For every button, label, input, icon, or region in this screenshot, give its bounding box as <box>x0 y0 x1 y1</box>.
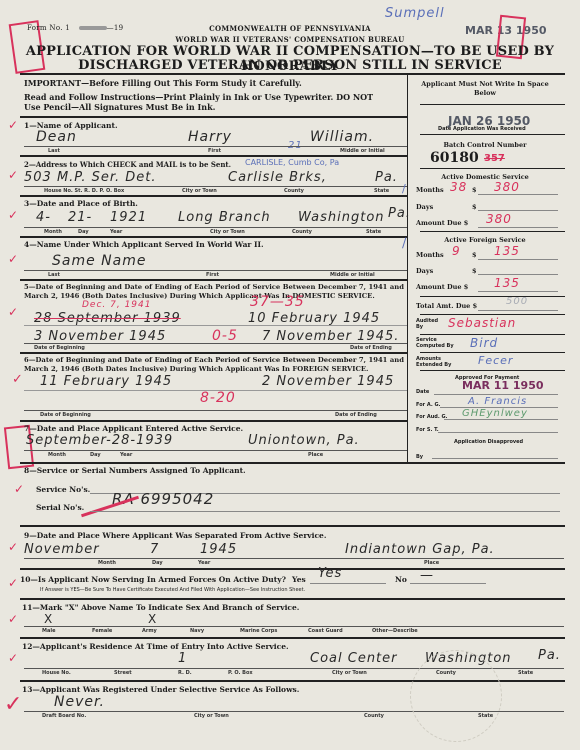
s11-mark-army[interactable]: X <box>148 612 157 626</box>
check-mark: ✓ <box>12 372 23 387</box>
s9-place[interactable]: Indiantown Gap, Pa. <box>345 542 495 557</box>
divider <box>20 155 407 157</box>
st-underline <box>438 432 558 433</box>
s6-calc: 8-20 <box>200 390 236 406</box>
divider <box>20 637 565 639</box>
s13-sub-board: Draft Board No. <box>42 713 86 719</box>
s3-month[interactable]: 4- <box>36 210 51 225</box>
frame-top <box>20 73 565 75</box>
total-label: Total Amt. Due $ <box>416 302 477 310</box>
divider <box>20 462 565 464</box>
s11-label: 11—Mark "X" Above Name To Indicate Sex A… <box>22 603 299 612</box>
check-mark: ✓ <box>8 651 18 665</box>
s2-state[interactable]: Pa. <box>375 170 398 185</box>
s1-sub-last: Last <box>48 148 60 154</box>
divider <box>20 598 565 600</box>
domestic-days-label: Days <box>416 203 433 211</box>
s7-sub-place: Place <box>308 452 323 458</box>
s3-day[interactable]: 21- <box>68 210 92 225</box>
s9-sub-year: Year <box>198 560 210 566</box>
s12-sub-house: House No. <box>42 670 71 676</box>
domestic-months-amt: 380 <box>494 180 520 194</box>
audited-label: Audited By <box>416 318 440 330</box>
embossed-seal <box>410 650 502 742</box>
s5-sub-begin: Date of Beginning <box>34 345 85 351</box>
s13-value[interactable]: Never. <box>54 694 105 710</box>
s1-first[interactable]: Harry <box>188 129 232 145</box>
batch-label: Batch Control Number <box>420 141 550 149</box>
s10-yes-value[interactable]: Yes <box>318 566 342 581</box>
s6-label: 6—Date of Beginning and Date of Ending o… <box>24 356 404 373</box>
s8-label: 8—Service or Serial Numbers Assigned To … <box>24 466 246 475</box>
s4-sub-first: First <box>206 272 219 278</box>
domestic-months-label: Months <box>416 186 444 194</box>
foreign-days-label: Days <box>416 267 433 275</box>
divider <box>20 352 407 354</box>
s11-mark-male[interactable]: X <box>44 612 53 626</box>
s4-value[interactable]: Same Name <box>52 253 146 269</box>
extended-value: Fecer <box>478 354 513 367</box>
s3-sub-state: State <box>366 229 381 235</box>
total-value: 500 <box>506 296 528 307</box>
check-mark: ✓ <box>4 692 22 717</box>
s2-sub-house: House No. St. R. D. P. O. Box <box>44 188 124 194</box>
s5-row1-underline <box>24 325 407 326</box>
foreign-due: 135 <box>494 276 520 290</box>
s2-sub-city: City or Town <box>182 188 217 194</box>
s6-sub-begin: Date of Beginning <box>40 412 91 418</box>
s10-no-label: No <box>395 575 407 584</box>
audited-value: Sebastian <box>448 316 516 330</box>
office-divider <box>420 370 565 371</box>
s13-sub-city: City or Town <box>194 713 229 719</box>
check-mark: ✓ <box>8 168 18 182</box>
s9-label: 9—Date and Place Where Applicant Was Sep… <box>24 531 326 540</box>
blue-check-mark: / <box>402 236 406 251</box>
s7-place[interactable]: Uniontown, Pa. <box>248 433 360 448</box>
ag-value: A. Francis <box>468 396 527 407</box>
audg-value: GHEynlwey <box>462 408 528 419</box>
s4-underline <box>24 270 407 271</box>
s2-annotation: CARLISLE, Cumb Co, Pa <box>245 158 339 167</box>
computed-label: Service Computed By <box>416 337 456 349</box>
divider <box>20 568 565 570</box>
office-header: Applicant Must Not Write In Space Below <box>420 80 550 98</box>
instruction-line3: Use Pencil—All Signatures Must Be in Ink… <box>24 102 215 112</box>
s10-no-value[interactable]: — <box>420 568 434 583</box>
s6-sub-end: Date of Ending <box>335 412 377 418</box>
ag-label: For A. G. <box>416 402 440 408</box>
audg-underline <box>444 419 558 420</box>
foreign-label: Active Foreign Service <box>420 236 550 244</box>
by-underline <box>432 458 558 459</box>
s10-label: 10—Is Applicant Now Serving In Armed For… <box>20 575 286 584</box>
s5-row2-begin[interactable]: 3 November 1945 <box>34 329 166 344</box>
check-mark: ✓ <box>8 540 18 554</box>
divider <box>20 236 407 238</box>
s8-serial-underline <box>90 511 560 512</box>
foreign-months: 9 <box>452 244 461 258</box>
divider <box>20 420 407 422</box>
s12-label: 12—Applicant's Residence At Time of Entr… <box>22 642 289 651</box>
s6-end[interactable]: 2 November 1945 <box>262 374 394 389</box>
s11-option-female[interactable]: Female <box>92 628 112 634</box>
instruction-important: IMPORTANT—Before Filling Out This Form S… <box>24 78 302 88</box>
s5-label: 5—Date of Beginning and Date of Ending o… <box>24 283 404 300</box>
s6-underline <box>24 410 407 411</box>
s3-underline <box>24 227 407 228</box>
divider <box>20 195 407 197</box>
s4-label: 4—Name Under Which Applicant Served In W… <box>24 240 264 249</box>
s1-underline <box>24 146 407 147</box>
signature-scribble: Sumpell <box>385 6 445 21</box>
s12-state[interactable]: Pa. <box>538 648 561 663</box>
instruction-line2: Read and Follow Instructions—Print Plain… <box>24 92 373 102</box>
st-label: For S. T. <box>416 427 439 433</box>
office-divider <box>420 314 565 315</box>
foreign-due-label: Amount Due $ <box>416 283 468 291</box>
s3-sub-month: Month <box>44 229 62 235</box>
s9-sub-place: Place <box>424 560 439 566</box>
divider <box>20 116 407 118</box>
audg-label: For Aud. G. <box>416 414 448 420</box>
s5-row1-begin[interactable]: 28 September 1939 <box>34 311 181 326</box>
s12-sub-rd: R. D. <box>178 670 192 676</box>
s9-month[interactable]: November <box>24 542 100 557</box>
s12-sub-pobox: P. O. Box <box>228 670 253 676</box>
domestic-due-label: Amount Due $ <box>416 219 468 227</box>
s10-yes-label: Yes <box>292 575 306 584</box>
by-label: By <box>416 454 423 460</box>
s13-sub-county: County <box>364 713 384 719</box>
s7-sub-month: Month <box>48 452 66 458</box>
s11-option-marine-corps[interactable]: Marine Corps <box>240 628 277 634</box>
foreign-months-underline <box>478 259 558 260</box>
s6-begin[interactable]: 11 February 1945 <box>40 374 172 389</box>
s9-sub-month: Month <box>98 560 116 566</box>
s3-sub-year: Year <box>110 229 122 235</box>
divider <box>20 525 565 527</box>
check-mark: ✓ <box>8 252 18 266</box>
check-mark: ✓ <box>8 612 18 626</box>
extended-label: Amounts Extended By <box>416 356 454 368</box>
s2-house[interactable]: 503 M.P. Ser. Det. <box>24 170 157 185</box>
s1-middle[interactable]: William. <box>310 129 374 145</box>
computed-value: Bird <box>470 336 498 350</box>
s1-last[interactable]: Dean <box>36 129 77 145</box>
foreign-months-label: Months <box>416 251 444 259</box>
office-divider <box>420 352 565 353</box>
s3-year[interactable]: 1921 <box>110 210 147 225</box>
date-underline <box>434 394 558 395</box>
check-mark: ✓ <box>8 576 18 590</box>
s3-city[interactable]: Long Branch <box>178 210 271 225</box>
s3-sub-city: City or Town <box>210 229 245 235</box>
s5-row2-end[interactable]: 7 November 1945. <box>262 329 399 344</box>
s3-label: 3—Date and Place of Birth. <box>24 199 138 208</box>
s4-sub-middle: Middle or Initial <box>330 272 375 278</box>
s11-option-other[interactable]: Other—Describe <box>372 628 418 634</box>
domestic-due: 380 <box>486 212 512 226</box>
date-received-label: Date Application Was Received <box>438 126 526 132</box>
s8-service-label: Service No's. <box>36 485 90 494</box>
divider <box>20 279 407 281</box>
s12-sub-state: State <box>518 670 533 676</box>
s9-sub-day: Day <box>152 560 163 566</box>
s1-sub-middle: Middle or Initial <box>340 148 385 154</box>
s1-sub-first: First <box>208 148 221 154</box>
s11-option-army[interactable]: Army <box>142 628 157 634</box>
s5-sub-end: Date of Ending <box>350 345 392 351</box>
s7-underline <box>24 450 407 451</box>
domestic-days-underline <box>478 210 558 211</box>
s12-sub-city: City or Town <box>332 670 367 676</box>
batch-struck: 357 <box>484 153 505 164</box>
dollar-sign: $ <box>472 186 477 194</box>
check-mark: ✓ <box>8 118 18 132</box>
office-divider <box>420 296 565 297</box>
office-divider <box>420 231 565 232</box>
s9-underline <box>24 558 564 559</box>
office-divider <box>420 168 565 169</box>
s2-underline <box>24 186 407 187</box>
check-mark: ✓ <box>14 482 24 496</box>
office-divider <box>420 334 565 335</box>
blue-check-mark: / <box>402 182 406 195</box>
s11-option-male[interactable]: Male <box>42 628 55 634</box>
batch-value: 60180 <box>430 150 479 166</box>
check-mark: ✓ <box>8 305 18 319</box>
s2-sub-state: State <box>374 188 389 194</box>
s3-county[interactable]: Washington <box>298 210 385 225</box>
approved-stamp: MAR 11 1950 <box>462 379 544 392</box>
s2-city[interactable]: Carlisle Brks, <box>228 170 327 185</box>
s5-calc2: 0-5 <box>212 328 238 344</box>
s9-day[interactable]: 7 <box>150 542 159 557</box>
s3-sub-county: County <box>292 229 312 235</box>
s12-rd[interactable]: 1 <box>178 651 187 666</box>
s7-sub-day: Day <box>90 452 101 458</box>
s5-row1-end[interactable]: 10 February 1945 <box>248 311 380 326</box>
check-mark: ✓ <box>8 208 18 222</box>
s2-sub-county: County <box>284 188 304 194</box>
total-underline <box>478 310 558 311</box>
s13-label: 13—Applicant Was Registered Under Select… <box>22 685 299 694</box>
date-label: Date <box>416 389 429 395</box>
domestic-label: Active Domestic Service <box>420 173 550 181</box>
frame-divider <box>407 73 408 463</box>
form-title-line2: DISCHARGED VETERAN OR PERSON STILL IN SE… <box>0 58 580 73</box>
dollar-sign: $ <box>472 267 477 275</box>
s5-calc1: 37—35 <box>250 294 305 310</box>
s7-label: 7—Date and Place Applicant Entered Activ… <box>24 424 243 433</box>
s3-sub-day: Day <box>78 229 89 235</box>
foreign-days-underline <box>478 274 558 275</box>
s4-sub-last: Last <box>48 272 60 278</box>
domestic-due-underline <box>478 227 558 228</box>
s3-state[interactable]: Pa. <box>388 206 411 221</box>
s5-correction: Dec. 7, 1941 <box>82 300 152 310</box>
s5-underline <box>24 343 407 344</box>
domestic-months-underline <box>478 194 558 195</box>
s8-serial-label: Serial No's. <box>36 503 84 512</box>
s10-yes-underline <box>310 583 386 584</box>
office-divider <box>420 134 565 135</box>
s9-year[interactable]: 1945 <box>200 542 237 557</box>
s7-date[interactable]: September-28-1939 <box>26 433 173 448</box>
office-divider <box>420 104 565 105</box>
s10-note: If Answer is YES—Be Sure To Have Certifi… <box>40 587 305 593</box>
dollar-sign: $ <box>472 251 477 259</box>
s7-sub-year: Year <box>120 452 132 458</box>
s2-label: 2—Address to Which CHECK and MAIL is to … <box>24 160 231 169</box>
s11-option-navy[interactable]: Navy <box>190 628 204 634</box>
s10-no-underline <box>410 583 486 584</box>
disapproved-label: Application Disapproved <box>454 439 523 445</box>
s12-sub-street: Street <box>114 670 132 676</box>
s11-option-coast-guard[interactable]: Coast Guard <box>308 628 343 634</box>
domestic-months: 38 <box>450 180 467 194</box>
s12-city[interactable]: Coal Center <box>310 651 398 666</box>
dollar-sign: $ <box>472 203 477 211</box>
foreign-due-underline <box>478 291 558 292</box>
s11-underline <box>24 626 564 627</box>
foreign-months-amt: 135 <box>494 244 520 258</box>
